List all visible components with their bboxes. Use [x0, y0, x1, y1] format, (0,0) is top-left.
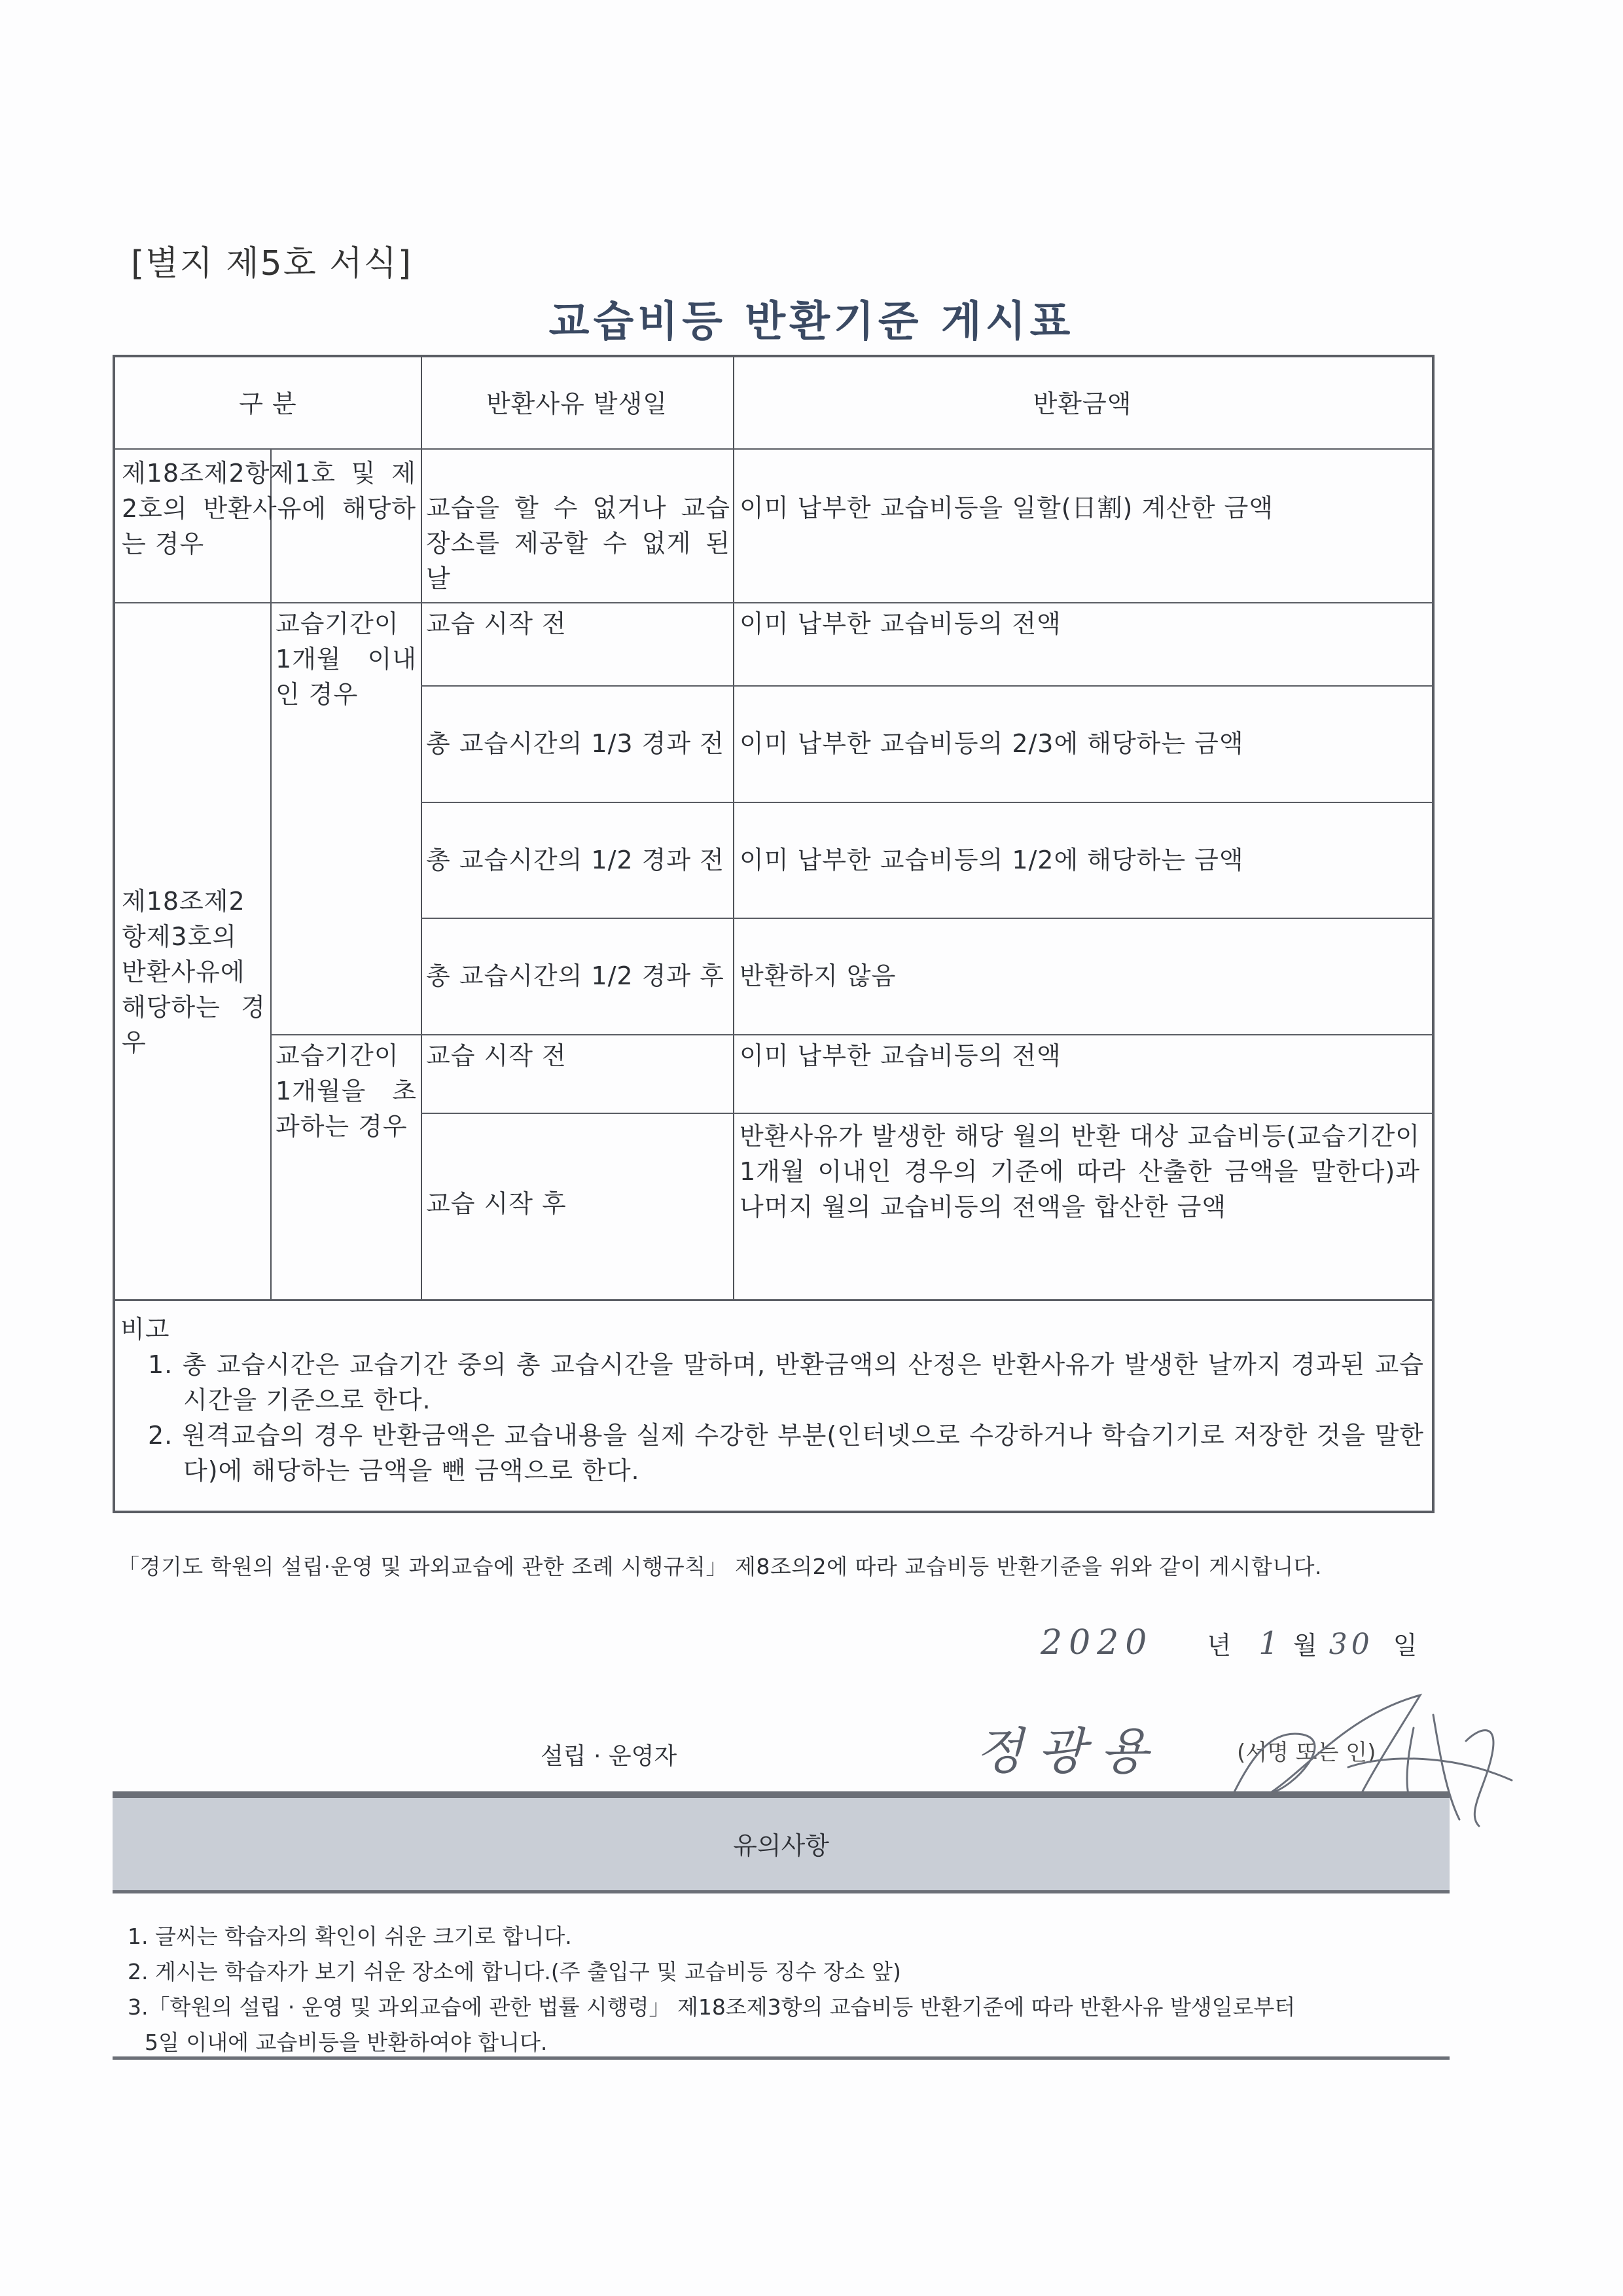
remarks-item-1: 1. 총 교습시간은 교습기간 중의 총 교습시간을 말하며, 반환금액의 산정… [148, 1347, 1424, 1418]
sub1-row1-amount: 이미 납부한 교습비등의 전액 [740, 606, 1420, 641]
sub1-row4-amount: 반환하지 않음 [740, 958, 1420, 994]
date-month[interactable]: 1 [1258, 1625, 1279, 1662]
divider [421, 357, 422, 1299]
sub2-row2-date: 교습 시작 후 [426, 1186, 730, 1221]
refund-criteria-table: 구 분 반환사유 발생일 반환금액 제18조제2항제1호 및 제2호의 반환사유… [113, 355, 1435, 1513]
divider [115, 1299, 1432, 1301]
divider [733, 357, 734, 1299]
date-month-label: 월 [1293, 1631, 1317, 1660]
sub1-row3-amount: 이미 납부한 교습비등의 1/2에 해당하는 금액 [740, 842, 1420, 878]
notice-item: 1. 글씨는 학습자의 확인이 쉬운 크기로 합니다. [128, 1919, 1295, 1954]
sub2-label: 교습기간이 1개월을 초과하는 경우 [276, 1038, 417, 1144]
header-amount: 반환금액 [733, 386, 1432, 422]
date-day-label: 일 [1393, 1631, 1418, 1660]
date-day[interactable]: 30 [1329, 1628, 1374, 1661]
notice-item: 3.「학원의 설립 · 운영 및 과외교습에 관한 법률 시행령」 제18조제3… [128, 1990, 1295, 2025]
date-line: 2020 년 1 월 30 일 [1041, 1623, 1418, 1662]
header-category: 구 분 [115, 386, 421, 422]
notice-item: 2. 게시는 학습자가 보기 쉬운 장소에 합니다.(주 출입구 및 교습비등 … [128, 1954, 1295, 1990]
row1-amount: 이미 납부한 교습비등을 일할(日割) 계산한 금액 [740, 490, 1420, 526]
sub1-row2-date: 총 교습시간의 1/3 경과 전 [426, 726, 730, 761]
notice-item: 5일 이내에 교습비등을 반환하여야 합니다. [128, 2025, 1295, 2060]
row1-date: 교습을 할 수 없거나 교습장소를 제공할 수 없게 된 날 [426, 490, 730, 596]
form-id: [별지 제5호 서식] [131, 236, 412, 285]
divider [421, 802, 1432, 803]
divider [115, 448, 1432, 450]
sub1-label: 교습기간이 1개월 이내인 경우 [276, 606, 417, 712]
founder-name-handwritten[interactable]: 정광용 [975, 1712, 1162, 1783]
sub2-row1-date: 교습 시작 전 [426, 1038, 730, 1073]
divider [421, 1113, 1432, 1114]
group2-category: 제18조제2항제3호의 반환사유에 해당하는 경우 [122, 884, 266, 1060]
row1-category: 제18조제2항제1호 및 제2호의 반환사유에 해당하는 경우 [122, 456, 416, 562]
divider [270, 1034, 1432, 1035]
notice-header: 유의사항 [113, 1791, 1450, 1893]
header-date: 반환사유 발생일 [421, 386, 733, 422]
founder-label: 설립 · 운영자 [541, 1738, 677, 1771]
sub2-row1-amount: 이미 납부한 교습비등의 전액 [740, 1038, 1420, 1073]
divider [421, 918, 1432, 919]
sub1-row2-amount: 이미 납부한 교습비등의 2/3에 해당하는 금액 [740, 726, 1420, 761]
divider [115, 602, 1432, 603]
sub1-row4-date: 총 교습시간의 1/2 경과 후 [426, 958, 730, 994]
divider [270, 602, 272, 1299]
sub1-row3-date: 총 교습시간의 1/2 경과 전 [426, 842, 730, 878]
notice-list: 1. 글씨는 학습자의 확인이 쉬운 크기로 합니다. 2. 게시는 학습자가 … [128, 1919, 1295, 2060]
remarks-title: 비고 [120, 1312, 169, 1347]
sub1-row1-date: 교습 시작 전 [426, 606, 730, 641]
page-title: 교습비등 반환기준 게시표 [0, 288, 1623, 348]
sub2-row2-amount: 반환사유가 발생한 해당 월의 반환 대상 교습비등(교습기간이 1개월 이내인… [740, 1119, 1420, 1225]
date-year[interactable]: 2020 [1041, 1623, 1153, 1662]
posting-statement: 「경기도 학원의 설립·운영 및 과외교습에 관한 조례 시행규칙」 제8조의2… [118, 1550, 1322, 1581]
date-year-label: 년 [1207, 1631, 1231, 1660]
notice-title: 유의사항 [113, 1825, 1450, 1861]
bottom-rule [113, 2056, 1450, 2060]
remarks-item-2: 2. 원격교습의 경우 반환금액은 교습내용을 실제 수강한 부분(인터넷으로 … [148, 1418, 1424, 1488]
divider [421, 685, 1432, 687]
